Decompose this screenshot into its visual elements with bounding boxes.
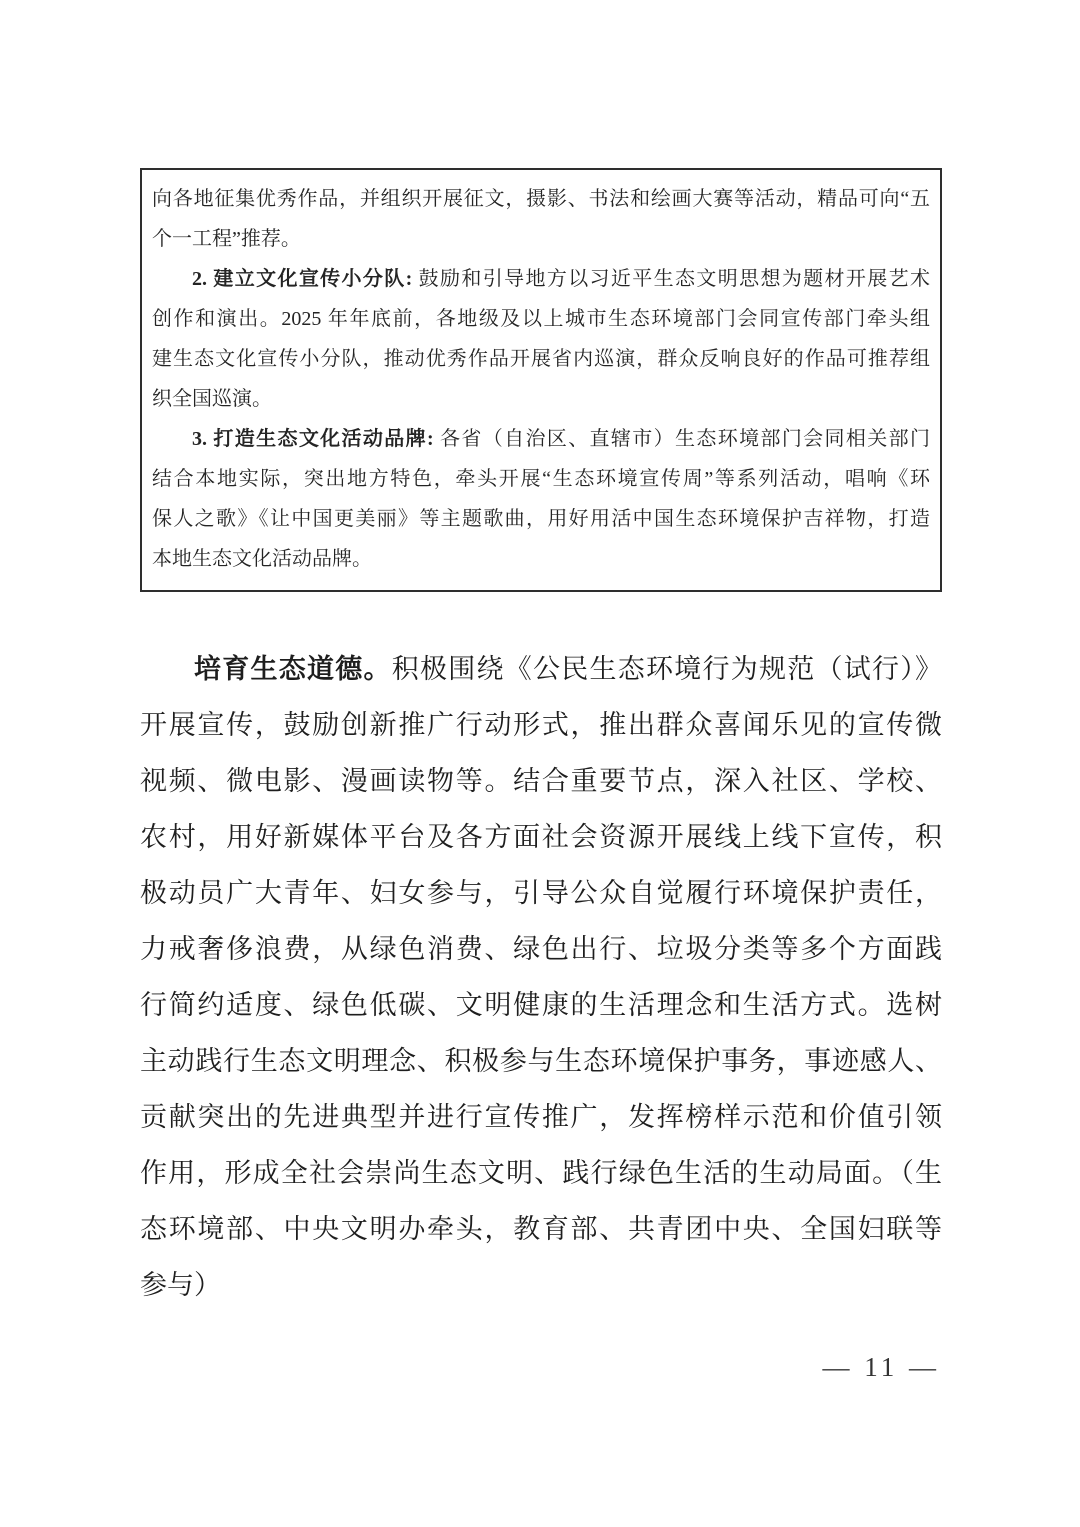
paragraph-line: 态环境部、中央文明办牵头，教育部、共青团中央、全国妇联等 <box>140 1201 942 1257</box>
box-line: 本地生态文化活动品牌。 <box>152 539 930 579</box>
bold-lead: 培育生态道德。 <box>194 654 392 684</box>
task-detail-box: 向各地征集优秀作品，并组织开展征文，摄影、书法和绘画大赛等活动，精品可向“五 个… <box>140 168 942 592</box>
paragraph-line: 力戒奢侈浪费，从绿色消费、绿色出行、垃圾分类等多个方面践 <box>140 921 942 977</box>
paragraph-line: 主动践行生态文明理念、积极参与生态环境保护事务，事迹感人、 <box>140 1033 942 1089</box>
bold-lead: 2. 建立文化宣传小分队: <box>192 268 419 290</box>
box-line: 保人之歌》《让中国更美丽》等主题歌曲，用好用活中国生态环境保护吉祥物，打造 <box>152 499 930 539</box>
paragraph-line: 贡献突出的先进典型并进行宣传推广，发挥榜样示范和价值引领 <box>140 1089 942 1145</box>
box-line: 结合本地实际，突出地方特色，牵头开展“生态环境宣传周”等系列活动，唱响《环 <box>152 459 930 499</box>
paragraph-line: 作用，形成全社会崇尚生态文明、践行绿色生活的生动局面。（生 <box>140 1145 942 1201</box>
paragraph-line: 视频、微电影、漫画读物等。结合重要节点，深入社区、学校、 <box>140 753 942 809</box>
document-page: 向各地征集优秀作品，并组织开展征文，摄影、书法和绘画大赛等活动，精品可向“五 个… <box>0 0 1080 1527</box>
box-line: 2. 建立文化宣传小分队: 鼓励和引导地方以习近平生态文明思想为题材开展艺术 <box>152 259 930 299</box>
box-line: 建生态文化宣传小分队，推动优秀作品开展省内巡演，群众反响良好的作品可推荐组 <box>152 339 930 379</box>
box-line: 织全国巡演。 <box>152 379 930 419</box>
box-line: 3. 打造生态文化活动品牌: 各省（自治区、直辖市）生态环境部门会同相关部门 <box>152 419 930 459</box>
box-line: 创作和演出。2025 年年底前，各地级及以上城市生态环境部门会同宣传部门牵头组 <box>152 299 930 339</box>
paragraph-line: 开展宣传，鼓励创新推广行动形式，推出群众喜闻乐见的宣传微 <box>140 697 942 753</box>
box-line: 个一工程”推荐。 <box>152 219 930 259</box>
page-number: — 11 — <box>823 1352 941 1383</box>
body-paragraph: 培育生态道德。积极围绕《公民生态环境行为规范（试行）》 开展宣传，鼓励创新推广行… <box>140 641 942 1313</box>
paragraph-line: 培育生态道德。积极围绕《公民生态环境行为规范（试行）》 <box>140 641 942 697</box>
paragraph-line: 农村，用好新媒体平台及各方面社会资源开展线上线下宣传，积 <box>140 809 942 865</box>
bold-lead: 3. 打造生态文化活动品牌: <box>192 428 440 450</box>
box-line: 向各地征集优秀作品，并组织开展征文，摄影、书法和绘画大赛等活动，精品可向“五 <box>152 179 930 219</box>
paragraph-line: 极动员广大青年、妇女参与，引导公众自觉履行环境保护责任， <box>140 865 942 921</box>
paragraph-line: 参与） <box>140 1257 942 1313</box>
paragraph-line: 行简约适度、绿色低碳、文明健康的生活理念和生活方式。选树 <box>140 977 942 1033</box>
